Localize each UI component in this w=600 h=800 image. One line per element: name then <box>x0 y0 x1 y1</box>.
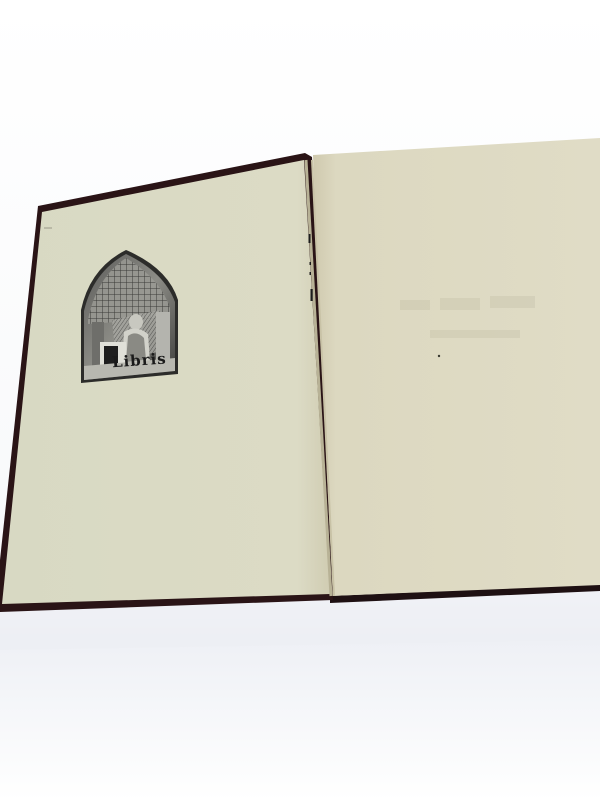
left-page <box>2 160 330 604</box>
right-page <box>313 138 600 596</box>
book-photo: Libris <box>0 0 600 800</box>
paper-speck <box>438 355 440 357</box>
bookplate-label: Libris <box>111 349 167 371</box>
photo-scene: Libris Open antique hardcover book <box>0 0 600 800</box>
